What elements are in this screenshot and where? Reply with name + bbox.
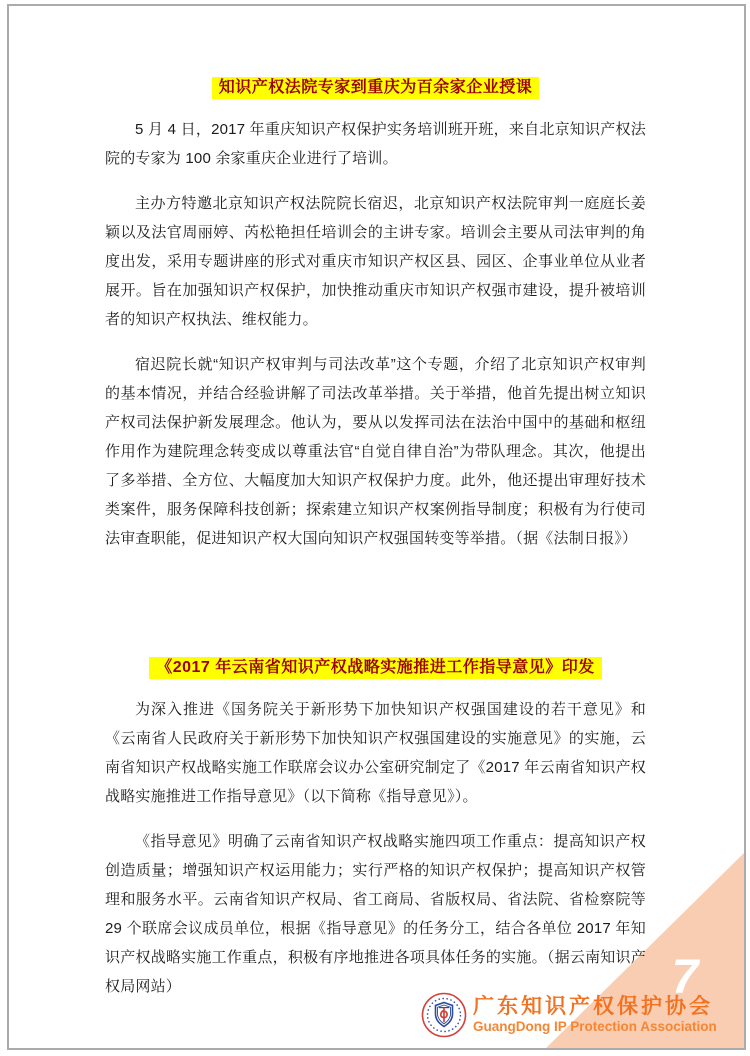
article-title-row: 知识产权法院专家到重庆为百余家企业授课 — [105, 77, 646, 99]
ip-association-emblem-icon — [421, 992, 467, 1038]
article-paragraph: 5 月 4 日，2017 年重庆知识产权保护实务培训班开班，来自北京知识产权法院… — [105, 115, 646, 173]
org-name-chinese: 广东知识产权保护协会 — [473, 995, 717, 1019]
footer-org-names: 广东知识产权保护协会 GuangDong IP Protection Assoc… — [473, 995, 717, 1035]
article-paragraph: 宿迟院长就“知识产权审判与司法改革”这个专题，介绍了北京知识产权审判的基本情况，… — [105, 350, 646, 553]
article-title-row: 《2017 年云南省知识产权战略实施推进工作指导意见》印发 — [105, 657, 646, 679]
footer-organization: 广东知识产权保护协会 GuangDong IP Protection Assoc… — [421, 992, 717, 1038]
article-title: 知识产权法院专家到重庆为百余家企业授课 — [212, 77, 540, 99]
article-chongqing-training: 知识产权法院专家到重庆为百余家企业授课 5 月 4 日，2017 年重庆知识产权… — [105, 77, 646, 553]
document-page: 7 知识产权法院专家到重庆为百余家企业授课 5 月 4 日，2017 年重庆知识… — [0, 0, 750, 1056]
article-title: 《2017 年云南省知识产权战略实施推进工作指导意见》印发 — [149, 657, 602, 679]
article-paragraph: 为深入推进《国务院关于新形势下加快知识产权强国建设的若干意见》和《云南省人民政府… — [105, 695, 646, 811]
article-paragraph: 主办方特邀北京知识产权法院院长宿迟，北京知识产权法院审判一庭庭长姜颖以及法官周丽… — [105, 189, 646, 334]
page-content: 知识产权法院专家到重庆为百余家企业授课 5 月 4 日，2017 年重庆知识产权… — [105, 0, 646, 1001]
org-name-english: GuangDong IP Protection Association — [473, 1019, 717, 1035]
article-paragraph: 《指导意见》明确了云南省知识产权战略实施四项工作重点：提高知识产权创造质量；增强… — [105, 827, 646, 1001]
article-yunnan-guidance: 《2017 年云南省知识产权战略实施推进工作指导意见》印发 为深入推进《国务院关… — [105, 657, 646, 1001]
